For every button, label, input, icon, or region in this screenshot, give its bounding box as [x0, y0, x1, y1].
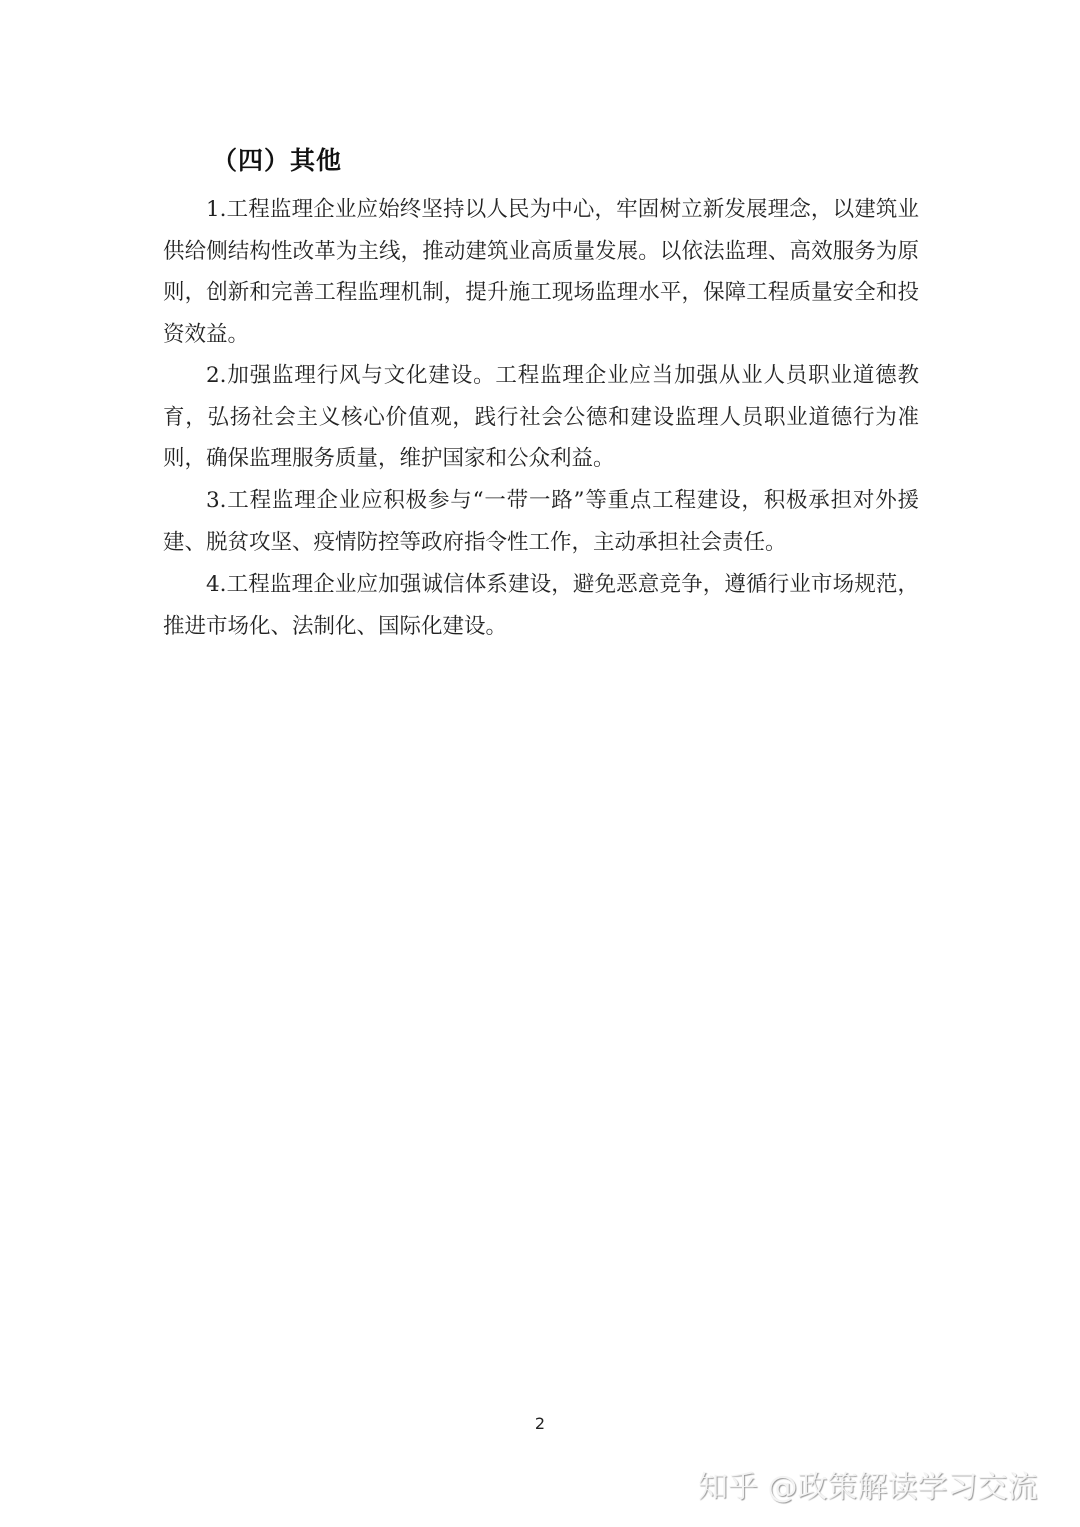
paragraph-1: 1.工程监理企业应始终坚持以人民为中心，牢固树立新发展理念，以建筑业供给侧结构性… [163, 189, 919, 355]
body-text-4: 4.工程监理企业应加强诚信体系建设，避免恶意竞争，遵循行业市场规范，推进市场化、… [163, 564, 919, 647]
body-text: 1.工程监理企业应始终坚持以人民为中心，牢固树立新发展理念，以建筑业供给侧结构性… [163, 189, 919, 355]
paragraph-3: 3.工程监理企业应积极参与“一带一路”等重点工程建设，积极承担对外援建、脱贫攻坚… [163, 480, 919, 563]
paragraph-2: 2.加强监理行风与文化建设。工程监理企业应当加强从业人员职业道德教育，弘扬社会主… [163, 355, 919, 480]
paragraph-4: 4.工程监理企业应加强诚信体系建设，避免恶意竞争，遵循行业市场规范，推进市场化、… [163, 564, 919, 647]
page-number: 2 [0, 1414, 1080, 1433]
body-text-3: 3.工程监理企业应积极参与“一带一路”等重点工程建设，积极承担对外援建、脱贫攻坚… [163, 480, 919, 563]
zhihu-watermark: 知乎 @政策解读学习交流 [698, 1462, 1038, 1506]
section-title: （四）其他 [212, 141, 342, 177]
body-text-2: 2.加强监理行风与文化建设。工程监理企业应当加强从业人员职业道德教育，弘扬社会主… [163, 355, 919, 480]
document-page: （四）其他 1.工程监理企业应始终坚持以人民为中心，牢固树立新发展理念，以建筑业… [0, 0, 1080, 1527]
